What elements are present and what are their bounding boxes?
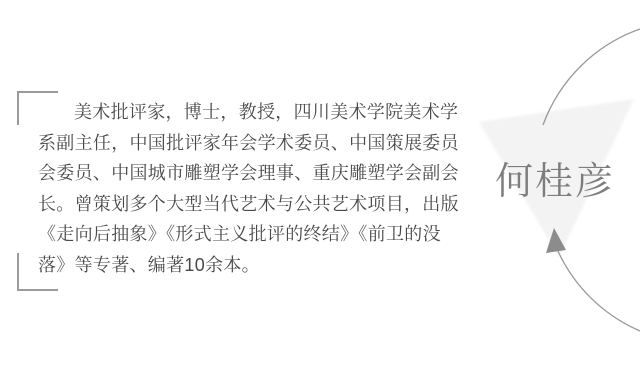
bio-line: 美术批评家，博士，教授，四川美术学院美术学: [38, 97, 468, 128]
circle-arc-top: [543, 29, 640, 125]
circle-arc-bottom: [557, 249, 640, 331]
bio-line: 《走向后抽象》《形式主义批评的终结》《前卫的没: [38, 219, 468, 250]
bio-line: 会委员、中国城市雕塑学会理事、重庆雕塑学会副会: [38, 158, 468, 189]
author-name: 何桂彦: [495, 159, 615, 205]
bio-line: 落》等专著、编著10余本。: [38, 250, 468, 281]
bio-line: 系副主任，中国批评家年会学术委员、中国策展委员: [38, 128, 468, 159]
bio-card: 美术批评家，博士，教授，四川美术学院美术学 系副主任，中国批评家年会学术委员、中…: [0, 0, 640, 372]
bio-line: 长。曾策划多个大型当代艺术与公共艺术项目，出版: [38, 189, 468, 220]
bio-paragraph: 美术批评家，博士，教授，四川美术学院美术学 系副主任，中国批评家年会学术委员、中…: [38, 97, 468, 280]
arrow-head-icon: [546, 228, 566, 253]
